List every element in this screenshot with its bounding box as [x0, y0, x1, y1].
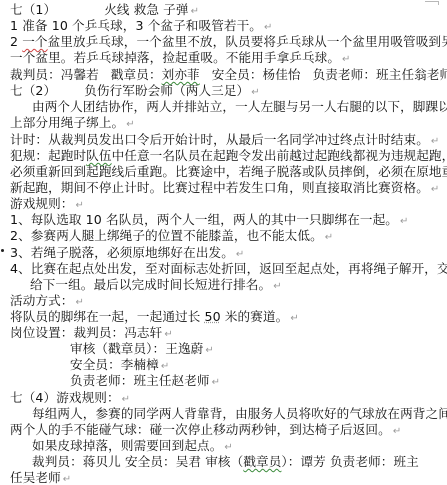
- procedure-num: 2: [10, 34, 22, 49]
- procedure-line-2: 一个盆里。若乒乓球掉落，捡起重吸。不能用手拿乒乓球。↵: [10, 50, 351, 68]
- foul-text: 必须重新回到起跑线后重跑。比赛途中，若绳子脱落或队员摔倒，必须在原地重: [10, 164, 447, 179]
- paragraph-mark-icon: ↵: [431, 136, 439, 147]
- margin-corner-mark: [425, 1, 439, 2]
- rule-item: 4、比赛在起点处出发，至对面标志处折回，返回至起点处，再将绳子解开，交: [10, 261, 447, 277]
- paragraph-mark-icon: ↵: [264, 22, 272, 33]
- staff-line-7-4-cont: 任吴老师↵: [10, 470, 71, 485]
- paragraph-mark-icon: ↵: [236, 249, 244, 260]
- document-page: 七（1）火线 救急 子弹↵ 1 准备 10 个乒乓球，3 个盆子和吸管若干。↵ …: [0, 0, 447, 485]
- paragraph-mark-icon: ↵: [63, 474, 71, 485]
- prep-text: 1 准备 10 个乒乓球，3 个盆子和吸管若干。: [10, 18, 262, 33]
- intro-text: 由两个人团结协作，两人并排站立，一人左腿与另一人右腿的以下，脚踝以: [32, 99, 447, 114]
- post-auditor: 审核（戳章员）：王逸蔚: [70, 341, 203, 356]
- procedure-line-1: 2 一个盆里放乒乓球，一个盆里不放，队员要将乒乓球从一个盆里用吸管吸到另: [10, 34, 447, 50]
- timing-text: 计时：从裁判员发出口令后开始计时，从最后一名同学冲过终点计时结束。: [10, 132, 429, 147]
- heading-title: 七（4）游戏规则：: [10, 390, 120, 405]
- paragraph-mark-icon: ↵: [290, 313, 298, 324]
- foul-text: 新起跑，期间不停止计时。比赛过程中若发生口角，则直接取消比赛资格。: [10, 180, 429, 195]
- staff-safety: 安全员：杨佳怡: [212, 67, 301, 82]
- post-safety: 安全员：李楠樟: [70, 357, 159, 372]
- foul-text: 中任意一名队员在起跑令发出前越过起跑线都视为违规起跑，: [112, 148, 447, 163]
- staff-text: ）：谭芳 负责老师：班主: [281, 454, 418, 469]
- paragraph-mark-icon: ↵: [212, 377, 220, 388]
- post-teacher: 负责老师：班主任赵老师: [70, 373, 210, 388]
- paragraph-mark-icon: ↵: [393, 426, 401, 437]
- staff-stamper-name[interactable]: 刘亦菲: [162, 67, 200, 82]
- post-referee: 裁判员：冯志轩: [73, 325, 162, 340]
- rules-title-text: 游戏规则：: [10, 196, 73, 211]
- game-body-line-1: 每组两人，参赛的同学两人背靠背，由服务人员将吹好的气球放在两背之间，: [32, 406, 447, 422]
- staff-line-7-4: 裁判员：蒋贝儿 安全员：吴君 审核（戳章员）：谭芳 负责老师：班主: [32, 454, 419, 470]
- posts-label: 岗位设置：: [10, 325, 73, 340]
- paragraph-mark-icon: ↵: [342, 54, 350, 65]
- paragraph-mark-icon: ↵: [251, 87, 259, 98]
- rule-text: 2、参赛两人腿上绑绳子的位置不能膝盖，也不能太低。: [10, 228, 323, 243]
- paragraph-mark-icon: ↵: [400, 216, 408, 227]
- paragraph-mark-icon: ↵: [205, 345, 213, 356]
- game-body-text: 两个人的手不能碰气球：碰一次停止移动两秒钟，到达椅子后返回。: [10, 422, 391, 437]
- heading-title: 火线 救急 子弹: [104, 2, 188, 17]
- format-mark-bullet-icon: [1, 249, 4, 252]
- foul-text: 犯规：起跑时: [10, 148, 86, 163]
- game-body-text: 每组两人，参赛的同学两人背靠背，由服务人员将吹好的气球放在两背之间，: [32, 406, 447, 421]
- paragraph-mark-icon: ↵: [161, 361, 169, 372]
- paragraph-mark-icon: ↵: [75, 200, 83, 211]
- heading-number: 七（1）: [10, 2, 56, 17]
- procedure-text: 盆里放乒乓球，一个盆里不放，队员要将乒乓球从一个盆里用吸管吸到另: [48, 34, 447, 49]
- rule-item: 2、参赛两人腿上绑绳子的位置不能膝盖，也不能太低。↵: [10, 228, 333, 246]
- activity-title-text: 活动方式：: [10, 293, 73, 308]
- heading-number: 七（2）: [10, 83, 56, 98]
- rule-text: 3、若绳子脱落，必须原地绑好在出发。: [10, 245, 234, 260]
- foul-line-1: 犯规：起跑时队伍中任意一名队员在起跑令发出前越过起跑线都视为违规起跑，: [10, 148, 447, 164]
- staff-text-cont: 任吴老师: [10, 470, 61, 485]
- activity-text: 将队员的脚绑在一起，一起通过长: [10, 309, 205, 324]
- staff-stamper-label: 戳章员：: [111, 67, 162, 82]
- paragraph-mark-icon: ↵: [224, 442, 232, 453]
- paragraph-mark-icon: ↵: [126, 119, 134, 130]
- heading-title: 负伤行军盼会师（两人三足）: [84, 83, 249, 98]
- staff-text: 裁判员：蒋贝儿 安全员：吴君 审核（: [32, 454, 243, 469]
- game-body-text: 如果皮球掉落，则需要回到起点。: [32, 438, 222, 453]
- paragraph-mark-icon: ↵: [122, 394, 130, 405]
- intro-text-cont: 上部分用绳子绑上。: [10, 115, 124, 130]
- paragraph-mark-icon: ↵: [164, 329, 172, 340]
- paragraph-mark-icon: ↵: [273, 281, 281, 292]
- paragraph-mark-icon: ↵: [75, 297, 83, 308]
- spellcheck-word[interactable]: 一个: [22, 34, 47, 49]
- activity-text: 米的赛道。: [221, 309, 289, 324]
- paragraph-mark-icon: ↵: [325, 232, 333, 243]
- staff-teacher: 负责老师：班主任翁老师: [313, 67, 447, 82]
- spellcheck-word[interactable]: 队伍: [86, 148, 111, 163]
- activity-distance: 50: [205, 309, 221, 324]
- spellcheck-word[interactable]: 戳章员: [243, 454, 281, 469]
- foul-line-2: 必须重新回到起跑线后重跑。比赛途中，若绳子脱落或队员摔倒，必须在原地重: [10, 164, 447, 180]
- intro-line-1: 由两个人团结协作，两人并排站立，一人左腿与另一人右腿的以下，脚踝以: [32, 99, 447, 115]
- post-line: 负责老师：班主任赵老师↵: [70, 373, 220, 391]
- paragraph-mark-icon: ↵: [191, 6, 199, 17]
- paragraph-mark-icon: ↵: [431, 184, 439, 195]
- rule-text: 1、每队选取 10 名队员，两个人一组，两人的其中一只脚绑在一起。: [10, 212, 398, 227]
- rule-text: 4、比赛在起点处出发，至对面标志处折回，返回至起点处，再将绳子解开，交: [10, 261, 447, 276]
- rule-text-cont: 给下一组。最后以完成时间长短进行排名。: [30, 277, 271, 292]
- staff-referee: 裁判员：冯馨若: [10, 67, 99, 82]
- procedure-text-cont: 一个盆里。若乒乓球掉落，捡起重吸。不能用手拿乒乓球。: [10, 50, 340, 65]
- intro-line-2: 上部分用绳子绑上。↵: [10, 115, 135, 133]
